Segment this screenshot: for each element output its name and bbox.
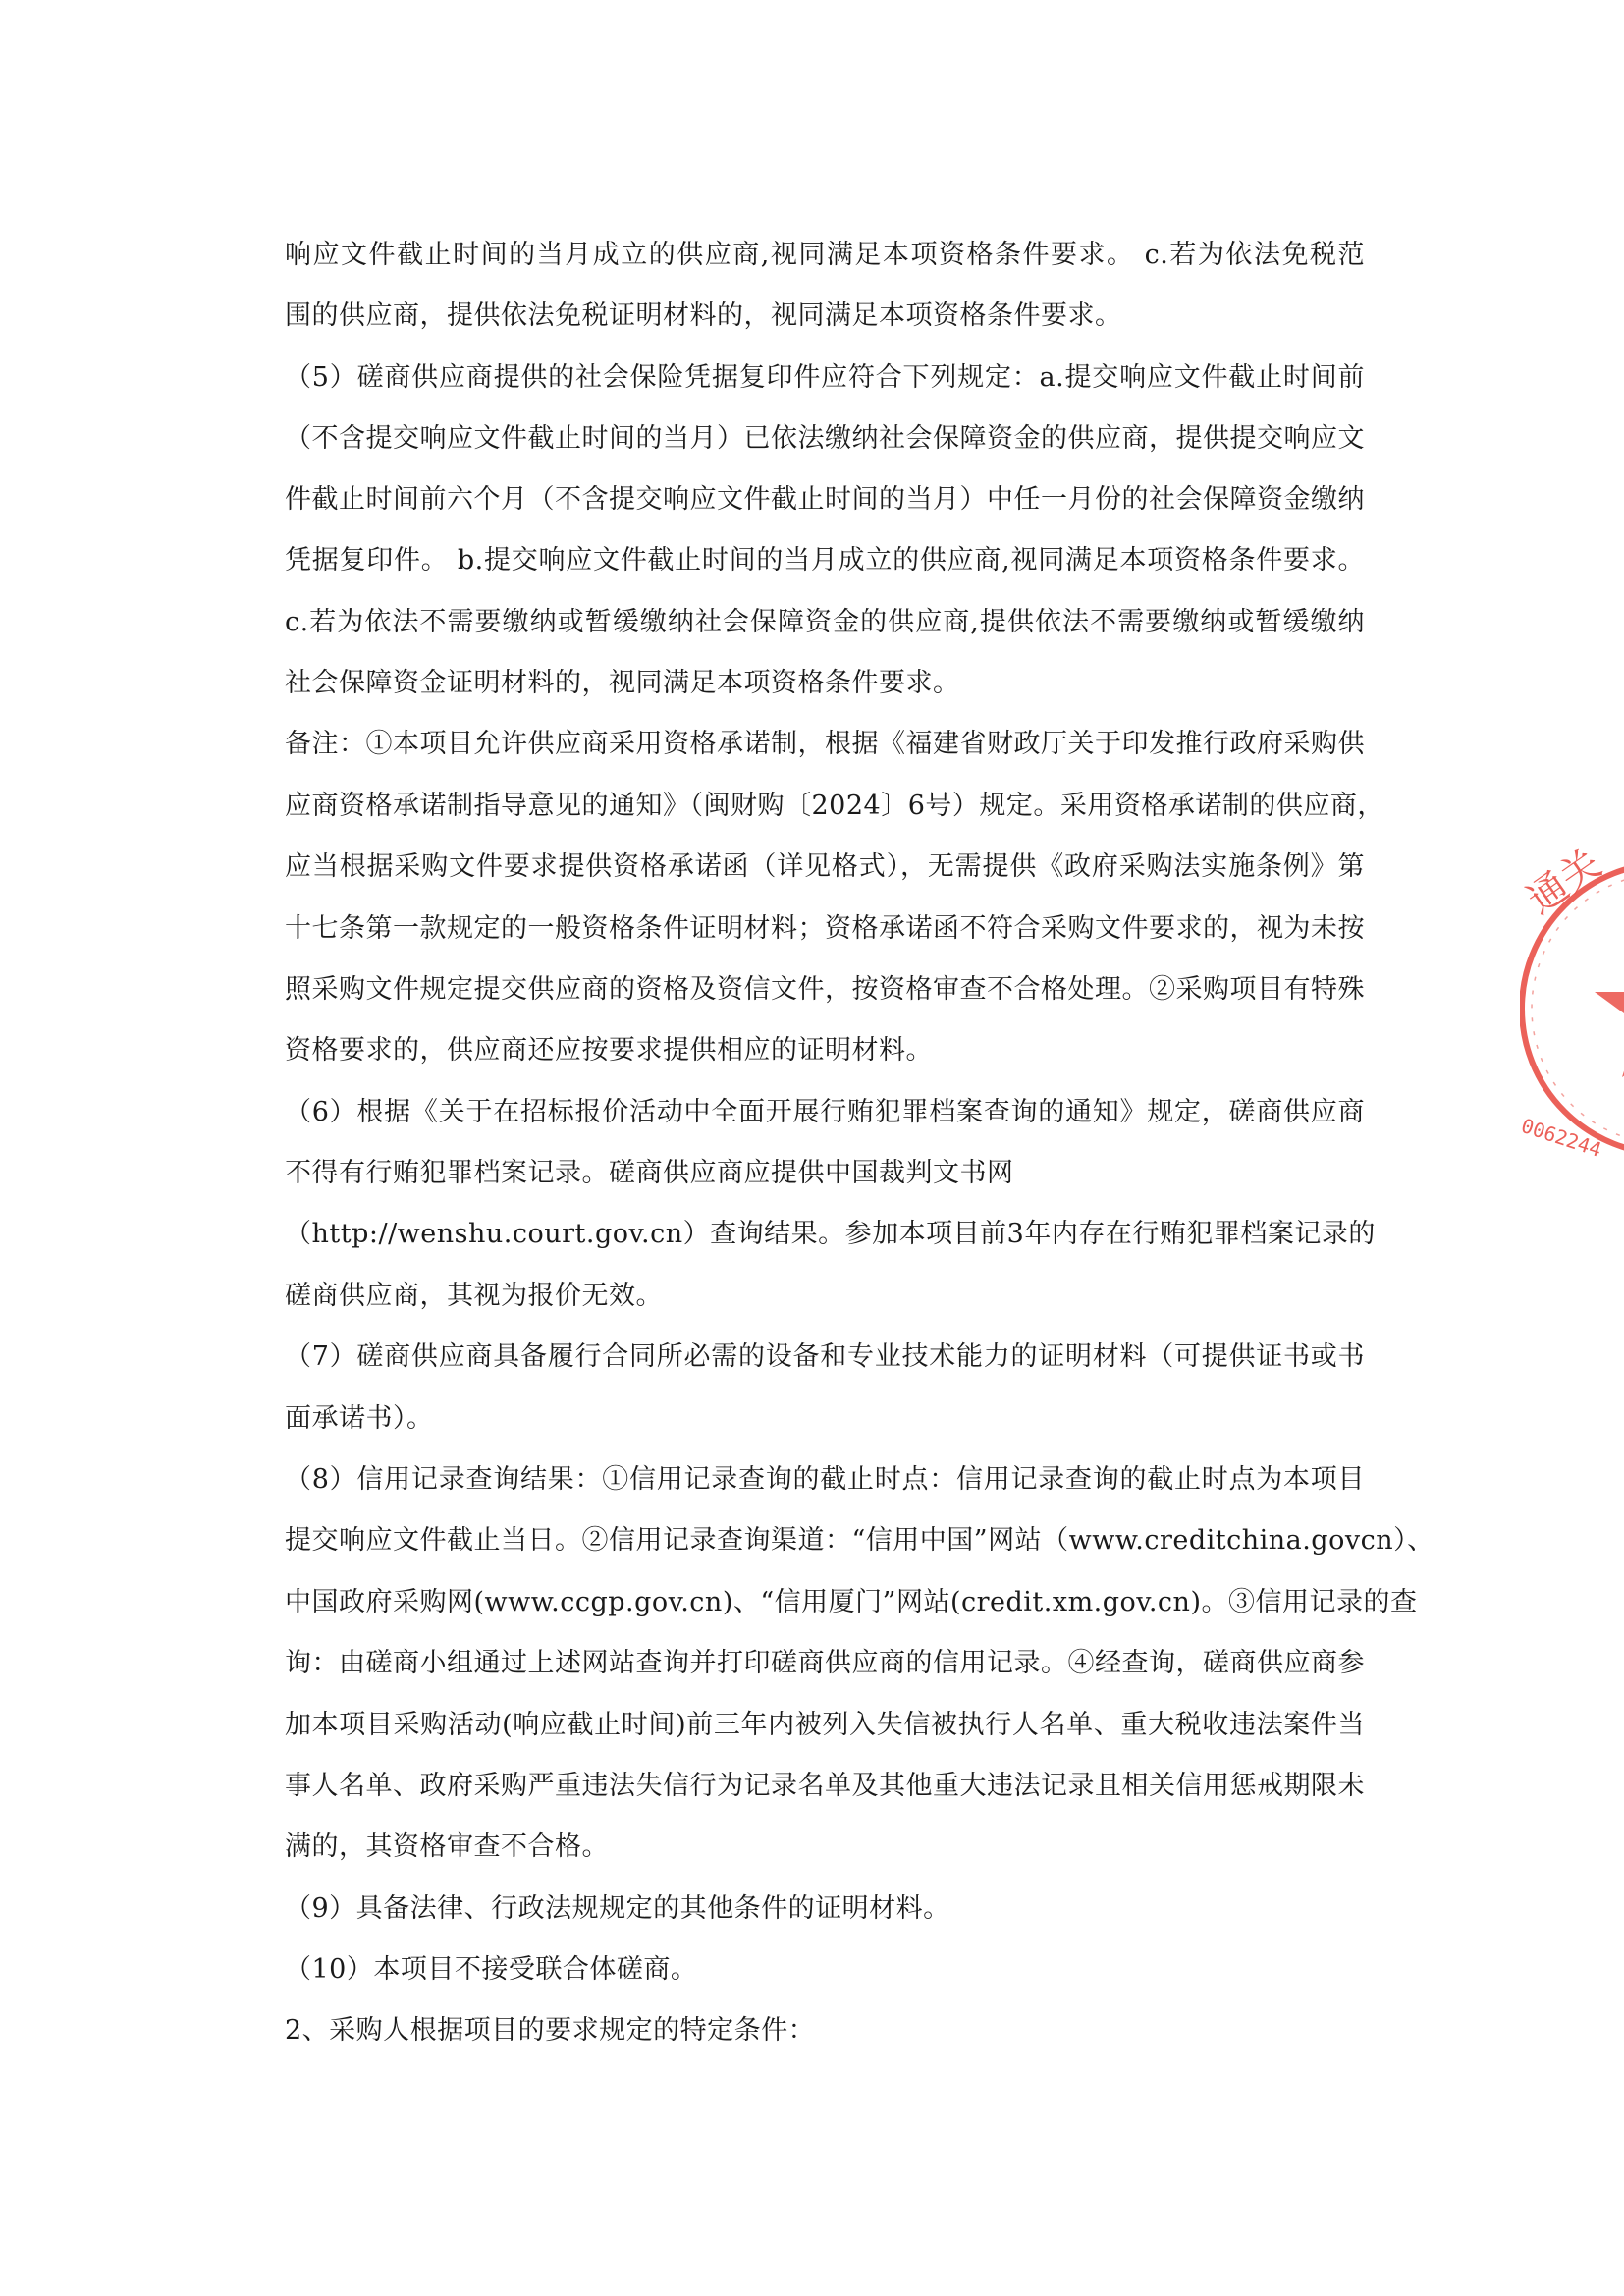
text-line: （不含提交响应文件截止时间的当月）已依法缴纳社会保障资金的供应商，提供提交响应文 xyxy=(285,422,1365,456)
text-line: 提交响应文件截止当日。②信用记录查询渠道：“信用中国”网站（www.credit… xyxy=(285,1524,1365,1558)
text-line: 备注：①本项目允许供应商采用资格承诺制，根据《福建省财政厅关于印发推行政府采购供 xyxy=(285,728,1365,761)
text-line: 中国政府采购网(www.ccgp.gov.cn)、“信用厦门”网站(credit… xyxy=(285,1586,1365,1619)
text-line: （6）根据《关于在招标报价活动中全面开展行贿犯罪档案查询的通知》规定，磋商供应商 xyxy=(285,1096,1365,1129)
text-line: （5）磋商供应商提供的社会保险凭据复印件应符合下列规定：a.提交响应文件截止时间… xyxy=(285,361,1365,395)
text-line: 十七条第一款规定的一般资格条件证明材料；资格承诺函不符合采购文件要求的，视为未按 xyxy=(285,912,1365,946)
seal-graphic: 通关 0062244 xyxy=(1520,847,1624,1171)
text-line: 响应文件截止时间的当月成立的供应商,视同满足本项资格条件要求。 c.若为依法免税… xyxy=(285,239,1365,272)
text-line: 询：由磋商小组通过上述网站查询并打印磋商供应商的信用记录。④经查询，磋商供应商参 xyxy=(285,1647,1365,1680)
text-line: 件截止时间前六个月（不含提交响应文件截止时间的当月）中任一月份的社会保障资金缴纳 xyxy=(285,483,1365,517)
text-line: c.若为依法不需要缴纳或暂缓缴纳社会保障资金的供应商,提供依法不需要缴纳或暂缓缴… xyxy=(285,606,1365,639)
text-line: 围的供应商，提供依法免税证明材料的，视同满足本项资格条件要求。 xyxy=(285,300,1365,333)
text-line: 不得有行贿犯罪档案记录。磋商供应商应提供中国裁判文书网 xyxy=(285,1157,1365,1190)
text-line: 事人名单、政府采购严重违法失信行为记录名单及其他重大违法记录且相关信用惩戒期限未 xyxy=(285,1770,1365,1803)
text-line: 照采购文件规定提交供应商的资格及资信文件，按资格审查不合格处理。②采购项目有特殊 xyxy=(285,973,1365,1007)
seal-text: 通关 xyxy=(1520,847,1609,923)
text-line: （7）磋商供应商具备履行合同所必需的设备和专业技术能力的证明材料（可提供证书或书 xyxy=(285,1340,1365,1374)
text-line: （http://wenshu.court.gov.cn）查询结果。参加本项目前3… xyxy=(285,1218,1365,1251)
text-line: 应商资格承诺制指导意见的通知》（闽财购〔2024〕6号）规定。采用资格承诺制的供… xyxy=(285,790,1365,823)
document-page: 响应文件截止时间的当月成立的供应商,视同满足本项资格条件要求。 c.若为依法免税… xyxy=(0,0,1624,2296)
star-icon xyxy=(1595,940,1624,1077)
text-line: 面承诺书）。 xyxy=(285,1402,1365,1436)
text-line: 2、采购人根据项目的要求规定的特定条件： xyxy=(285,2014,1365,2048)
text-line: 磋商供应商，其视为报价无效。 xyxy=(285,1280,1365,1313)
seal-number: 0062244 xyxy=(1520,1114,1604,1162)
text-line: 加本项目采购活动(响应截止时间)前三年内被列入失信被执行人名单、重大税收违法案件… xyxy=(285,1709,1365,1742)
text-line: （9）具备法律、行政法规规定的其他条件的证明材料。 xyxy=(285,1892,1365,1926)
text-line: 社会保障资金证明材料的，视同满足本项资格条件要求。 xyxy=(285,667,1365,700)
text-line: （10）本项目不接受联合体磋商。 xyxy=(285,1953,1365,1987)
text-line: 凭据复印件。 b.提交响应文件截止时间的当月成立的供应商,视同满足本项资格条件要… xyxy=(285,544,1365,577)
official-seal: 通关 0062244 xyxy=(1520,847,1624,1171)
text-line: 资格要求的，供应商还应按要求提供相应的证明材料。 xyxy=(285,1034,1365,1067)
text-line: 满的，其资格审查不合格。 xyxy=(285,1831,1365,1864)
text-line: 应当根据采购文件要求提供资格承诺函（详见格式），无需提供《政府采购法实施条例》第 xyxy=(285,850,1365,884)
text-line: （8）信用记录查询结果：①信用记录查询的截止时点：信用记录查询的截止时点为本项目 xyxy=(285,1463,1365,1497)
